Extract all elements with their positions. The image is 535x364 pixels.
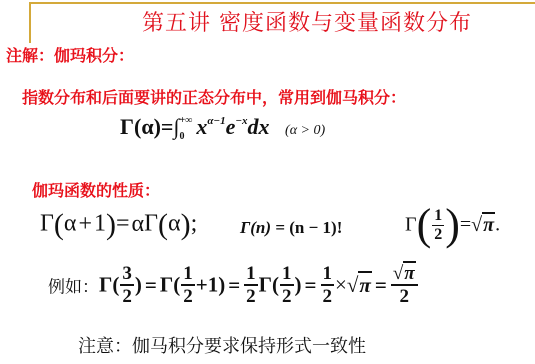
- properties-heading: 伽玛函数的性质：: [32, 178, 160, 201]
- property-factorial: Γ(n) = (n − 1)!: [240, 218, 342, 238]
- integrand-x: x: [196, 114, 207, 139]
- heading-note: 注解：伽玛积分：: [6, 43, 134, 66]
- upper-limit: +∞: [180, 116, 193, 126]
- def-lhs: Γ(α)=: [120, 114, 173, 139]
- exponent-alpha-minus-1: α−1: [207, 115, 225, 127]
- title-frame-horizontal-line: [29, 2, 535, 4]
- lower-limit: 0: [180, 132, 193, 142]
- exponent-minus-x: −x: [235, 115, 247, 127]
- intro-text: 指数分布和后面要讲的正态分布中，常用到伽马积分：: [22, 85, 406, 108]
- e-term: e: [226, 114, 236, 139]
- example-computation: 例如：Γ(32)=Γ(12+1)=12Γ(12)=12×√π=√π2: [48, 264, 419, 306]
- property-recurrence: Γ(α+1)=αΓ(α);: [40, 210, 197, 240]
- differential: dx: [248, 114, 270, 139]
- property-gamma-half: Γ(12)=√π.: [405, 203, 500, 247]
- example-label: 例如：: [48, 278, 99, 298]
- alpha-condition: (α > 0): [285, 123, 325, 138]
- slide-title: 第五讲 密度函数与变量函数分布: [142, 6, 472, 37]
- consistency-note: 注意：伽马积分要求保持形式一致性: [78, 332, 366, 358]
- title-frame-vertical-line: [29, 2, 31, 43]
- gamma-definition: Γ(α)=∫+∞0xα−1e−xdx (α > 0): [120, 114, 325, 142]
